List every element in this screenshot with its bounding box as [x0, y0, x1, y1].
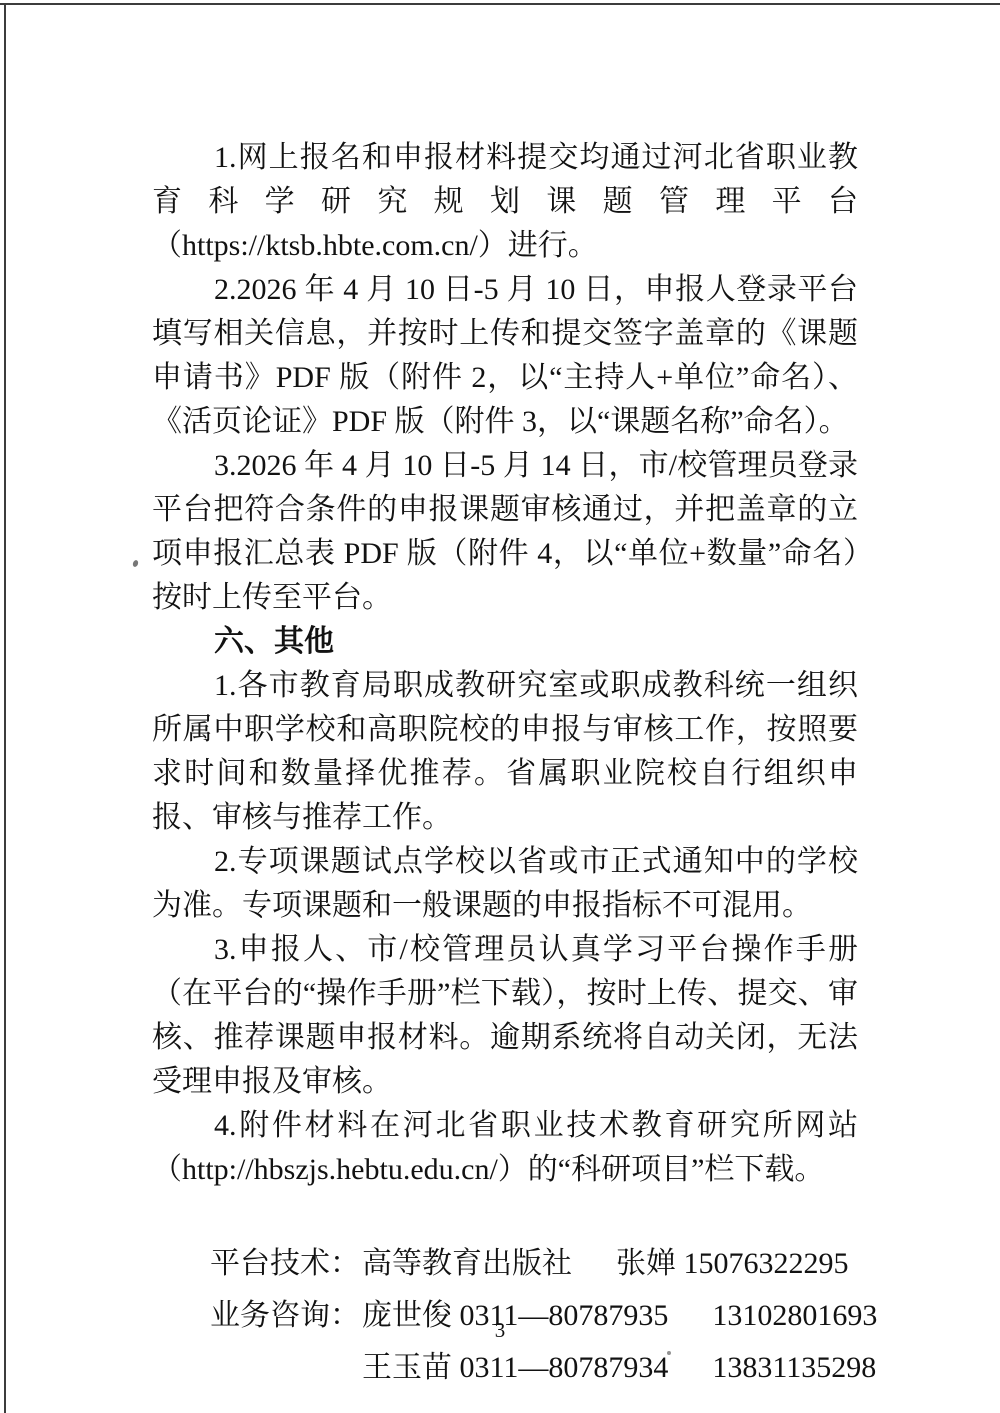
contact-phone: 13831135298 — [712, 1351, 876, 1384]
section-heading-others: 六、其他 — [152, 620, 858, 664]
scan-speck — [132, 559, 139, 567]
scan-border-left — [4, 3, 6, 1413]
scanned-document-page: 1.网上报名和申报材料提交均通过河北省职业教育科学研究规划课题管理平台（http… — [0, 0, 1000, 1413]
paragraph-attachment-download: 4.附件材料在河北省职业技术教育研究所网站（http://hbszjs.hebt… — [152, 1104, 858, 1192]
document-body: 1.网上报名和申报材料提交均通过河北省职业教育科学研究规划课题管理平台（http… — [152, 136, 858, 1394]
contact-line-business-consult-2: 王玉苗 0311—8078793413831135298 — [210, 1342, 858, 1394]
contact-line-platform-tech: 平台技术：高等教育出版社张婵 15076322295 — [210, 1238, 858, 1290]
scan-speck — [849, 506, 854, 509]
scan-speck — [667, 1351, 671, 1355]
paragraph-applicant-upload-dates: 2.2026 年 4 月 10 日-5 月 10 日，申报人登录平台填写相关信息… — [152, 268, 858, 444]
paragraph-city-bureau-organization: 1.各市教育局职成教研究室或职成教科统一组织所属中职学校和高职院校的申报与审核工… — [152, 664, 858, 840]
contact-main: 高等教育出版社 — [362, 1247, 572, 1280]
contact-phone: 张婵 15076322295 — [616, 1247, 849, 1280]
paragraph-admin-review-dates: 3.2026 年 4 月 10 日-5 月 14 日，市/校管理员登录平台把符合… — [152, 444, 858, 620]
paragraph-platform-manual: 3.申报人、市/校管理员认真学习平台操作手册（在平台的“操作手册”栏下载），按时… — [152, 928, 858, 1104]
contact-label: 平台技术： — [210, 1238, 362, 1290]
page-number: 3 — [0, 1318, 1000, 1342]
paragraph-online-registration: 1.网上报名和申报材料提交均通过河北省职业教育科学研究规划课题管理平台（http… — [152, 136, 858, 268]
contact-block: 平台技术：高等教育出版社张婵 15076322295 业务咨询：庞世俊 0311… — [152, 1238, 858, 1394]
paragraph-special-topic-schools: 2.专项课题试点学校以省或市正式通知中的学校为准。专项课题和一般课题的申报指标不… — [152, 840, 858, 928]
scan-border-top — [0, 3, 1000, 5]
contact-main: 王玉苗 0311—80787934 — [362, 1351, 668, 1384]
